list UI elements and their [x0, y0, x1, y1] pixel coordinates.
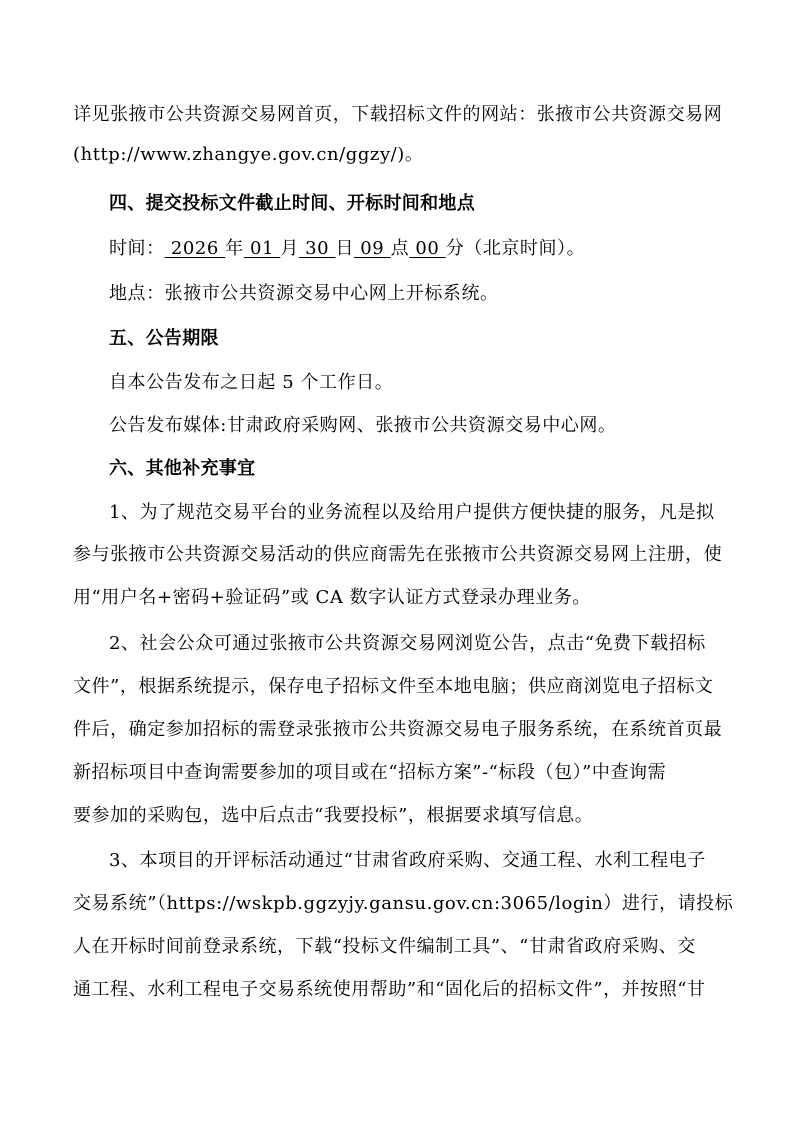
minute-value: 00	[409, 238, 446, 259]
intro-url-line: (http://www.zhangye.gov.cn/ggzy/)。	[73, 143, 423, 167]
month-value: 01	[244, 238, 281, 259]
deadline-time: 时间： 2026 年 01 月 30 日 09 点 00 分（北京时间）。	[109, 237, 585, 261]
minute-unit: 分（北京时间）。	[446, 238, 585, 259]
item3-line-2: 交易系统”（https://wskpb.ggzyjy.gansu.gov.cn:…	[73, 892, 733, 916]
item2-line-2: 文件”，根据系统提示，保存电子招标文件至本地电脑；供应商浏览电子招标文	[73, 675, 713, 699]
hour-value: 09	[354, 238, 391, 259]
section-5-heading: 五、公告期限	[109, 327, 219, 351]
day-unit: 日	[335, 238, 354, 259]
announcement-period: 自本公告发布之日起 5 个工作日。	[109, 371, 393, 395]
year-value: 2026	[165, 238, 226, 259]
day-value: 30	[299, 238, 336, 259]
item1-line-1: 1、为了规范交易平台的业务流程以及给用户提供方便快捷的服务，凡是拟	[109, 501, 715, 525]
intro-line-1: 详见张掖市公共资源交易网首页，下载招标文件的网站：张掖市公共资源交易网	[73, 103, 722, 127]
item3-line-4: 通工程、水利工程电子交易系统使用帮助”和“固化后的招标文件”，并按照“甘	[73, 978, 706, 1002]
item3-line-3: 人在开标时间前登录系统，下载“投标文件编制工具”、“甘肃省政府采购、交	[73, 935, 696, 959]
item2-line-3: 件后，确定参加招标的需登录张掖市公共资源交易电子服务系统，在系统首页最	[73, 718, 722, 742]
item1-line-2: 参与张掖市公共资源交易活动的供应商需先在张掖市公共资源交易网上注册，使	[73, 543, 722, 567]
item1-line-3: 用“用户名+密码+验证码”或 CA 数字认证方式登录办理业务。	[73, 586, 591, 610]
item2-line-4: 新招标项目中查询需要参加的项目或在“招标方案”-“标段（包）”中查询需	[73, 761, 666, 785]
item3-line-1: 3、本项目的开评标活动通过“甘肃省政府采购、交通工程、水利工程电子	[109, 849, 706, 873]
time-label: 时间：	[109, 238, 165, 259]
opening-place: 地点：张掖市公共资源交易中心网上开标系统。	[109, 282, 499, 306]
section-6-heading: 六、其他补充事宜	[109, 457, 255, 481]
item2-line-1: 2、社会公众可通过张掖市公共资源交易网浏览公告，点击“免费下载招标	[109, 632, 706, 656]
item2-line-5: 要参加的采购包，选中后点击“我要投标”，根据要求填写信息。	[73, 804, 593, 828]
announcement-media: 公告发布媒体:甘肃政府采购网、张掖市公共资源交易中心网。	[109, 414, 616, 438]
hour-unit: 点	[391, 238, 410, 259]
year-unit: 年	[225, 238, 244, 259]
section-4-heading: 四、提交投标文件截止时间、开标时间和地点	[109, 192, 475, 216]
month-unit: 月	[280, 238, 299, 259]
